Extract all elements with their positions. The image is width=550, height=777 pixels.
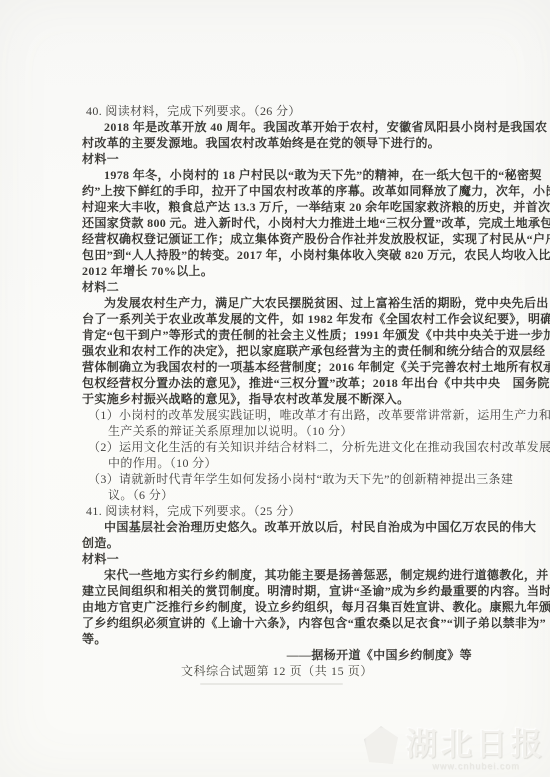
q40-material-one-line: 2012 年增长 70%以上。 <box>82 263 472 279</box>
q40-subquestion-2-line: （2）运用文化生活的有关知识并结合材料二，分析先进文化在推动我国农村改革发展 <box>82 439 472 455</box>
q40-material-two-line: 强农业和农村工作的决定》，把以家庭联产承包经营为主的责任制和统分结合的双层经 <box>82 343 472 359</box>
q40-material-two-line: 台了一系列关于农业改革发展的文件，如 1982 年发布《全国农村工作会议纪要》，… <box>82 311 472 327</box>
q40-subquestion-1-line: （1）小岗村的改革发展实践证明，唯改革才有出路，改革要常讲常新，运用生产力和 <box>82 407 472 423</box>
question-40-heading: 40. 阅读材料，完成下列要求。（26 分） <box>82 103 472 119</box>
q41-material-one-line: 建立民间组织和相关的赏罚制度。明清时期，宣讲“圣谕”成为乡约最重要的内容。当时， <box>82 583 472 599</box>
q41-material-one-line: 了乡约组织必须宣讲的《上谕十六条》，内容包含“重农桑以足衣食”“训子弟以禁非为” <box>82 615 472 631</box>
q41-intro-line: 中国基层社会治理历史悠久。改革开放以后，村民自治成为中国亿万农民的伟大 <box>82 519 472 535</box>
q40-material-two-line: 包权经营权分置办法的意见》，推进“三权分置”改革；2018 年出台《中共中央 国… <box>82 375 472 391</box>
q40-subquestion-3-line: （3）请就新时代青年学生如何发扬小岗村“敢为天下先”的创新精神提出三条建 <box>82 471 472 487</box>
q40-intro-line: 村改革的主要发源地。我国农村改革始终是在党的领导下进行的。 <box>82 135 472 151</box>
q40-material-one-line: 包田”到“人人持股”的转变。2017 年，小岗村集体收入突破 820 万元，农民… <box>82 247 472 263</box>
scanned-exam-page: 40. 阅读材料，完成下列要求。（26 分） 2018 年是改革开放 40 周年… <box>0 0 550 777</box>
watermark-text: 湖北日报 <box>406 719 546 764</box>
scan-artifact-line <box>200 683 343 685</box>
watermark-logo-icon <box>364 726 398 764</box>
q40-material-one-line: 经营权确权登记颁证工作；成立集体资产股份合作社并发放股权证，实现了村民从“户户 <box>82 231 472 247</box>
q40-material-two-line: 营体制确立为我国农村的一项基本经营制度；2016 年制定《关于完善农村土地所有权… <box>82 359 472 375</box>
source-attribution: ——据杨开道《中国乡约制度》等 <box>82 647 472 663</box>
q40-material-two-line: 肯定“包干到户”等形式的责任制的社会主义性质；1991 年颁发《中共中央关于进一… <box>82 327 472 343</box>
page-number-footer: 文科综合试题第 12 页（共 15 页） <box>82 663 472 679</box>
exam-text-column: 40. 阅读材料，完成下列要求。（26 分） 2018 年是改革开放 40 周年… <box>82 103 472 679</box>
q40-material-one-label: 材料一 <box>82 151 472 167</box>
q41-material-one-line: 等。 <box>82 631 472 647</box>
q40-material-one-line: 还国家贷款 800 元。进入新时代，小岗村大力推进土地“三权分置”改革，完成土地… <box>82 215 472 231</box>
watermark-url: www.cnhubei.com <box>432 761 520 771</box>
q40-material-two-line: 为发展农村生产力，满足广大农民摆脱贫困、过上富裕生活的期盼，党中央先后出 <box>82 295 472 311</box>
q40-subquestion-2-line: 中的作用。（10 分） <box>82 455 472 471</box>
q40-material-one-line: 约”上按下鲜红的手印，拉开了中国农村改革的序幕。改革如同释放了魔力，次年，小岗 <box>82 183 472 199</box>
question-41-heading: 41. 阅读材料，完成下列要求。（25 分） <box>82 503 472 519</box>
q41-material-one-line: 由地方官吏广泛推行乡约制度，设立乡约组织，每月召集百姓宣讲、教化。康熙九年颁布 <box>82 599 472 615</box>
q40-material-one-line: 1978 年冬，小岗村的 18 户村民以“敢为天下先”的精神，在一纸大包干的“秘… <box>82 167 472 183</box>
watermark-text-block: 湖北日报 www.cnhubei.com <box>406 719 546 771</box>
q41-intro-line: 创造。 <box>82 535 472 551</box>
q40-subquestion-1-line: 生产关系的辩证关系原理加以说明。（10 分） <box>82 423 472 439</box>
q40-material-one-line: 村迎来大丰收，粮食总产达 13.3 万斤，一举结束 20 余年吃国家救济粮的历史… <box>82 199 472 215</box>
q40-material-two-line: 于实施乡村振兴战略的意见》，指导农村改革发展不断深入。 <box>82 391 472 407</box>
q40-subquestion-3-line: 议。（6 分） <box>82 487 472 503</box>
q40-intro-line: 2018 年是改革开放 40 周年。我国改革开始于农村，安徽省凤阳县小岗村是我国… <box>82 119 472 135</box>
news-site-watermark: 湖北日报 www.cnhubei.com <box>364 719 546 771</box>
q40-material-two-label: 材料二 <box>82 279 472 295</box>
q41-material-one-label: 材料一 <box>82 551 472 567</box>
q41-material-one-line: 宋代一些地方实行乡约制度，其功能主要是扬善惩恶，制定规约进行道德教化，并 <box>82 567 472 583</box>
